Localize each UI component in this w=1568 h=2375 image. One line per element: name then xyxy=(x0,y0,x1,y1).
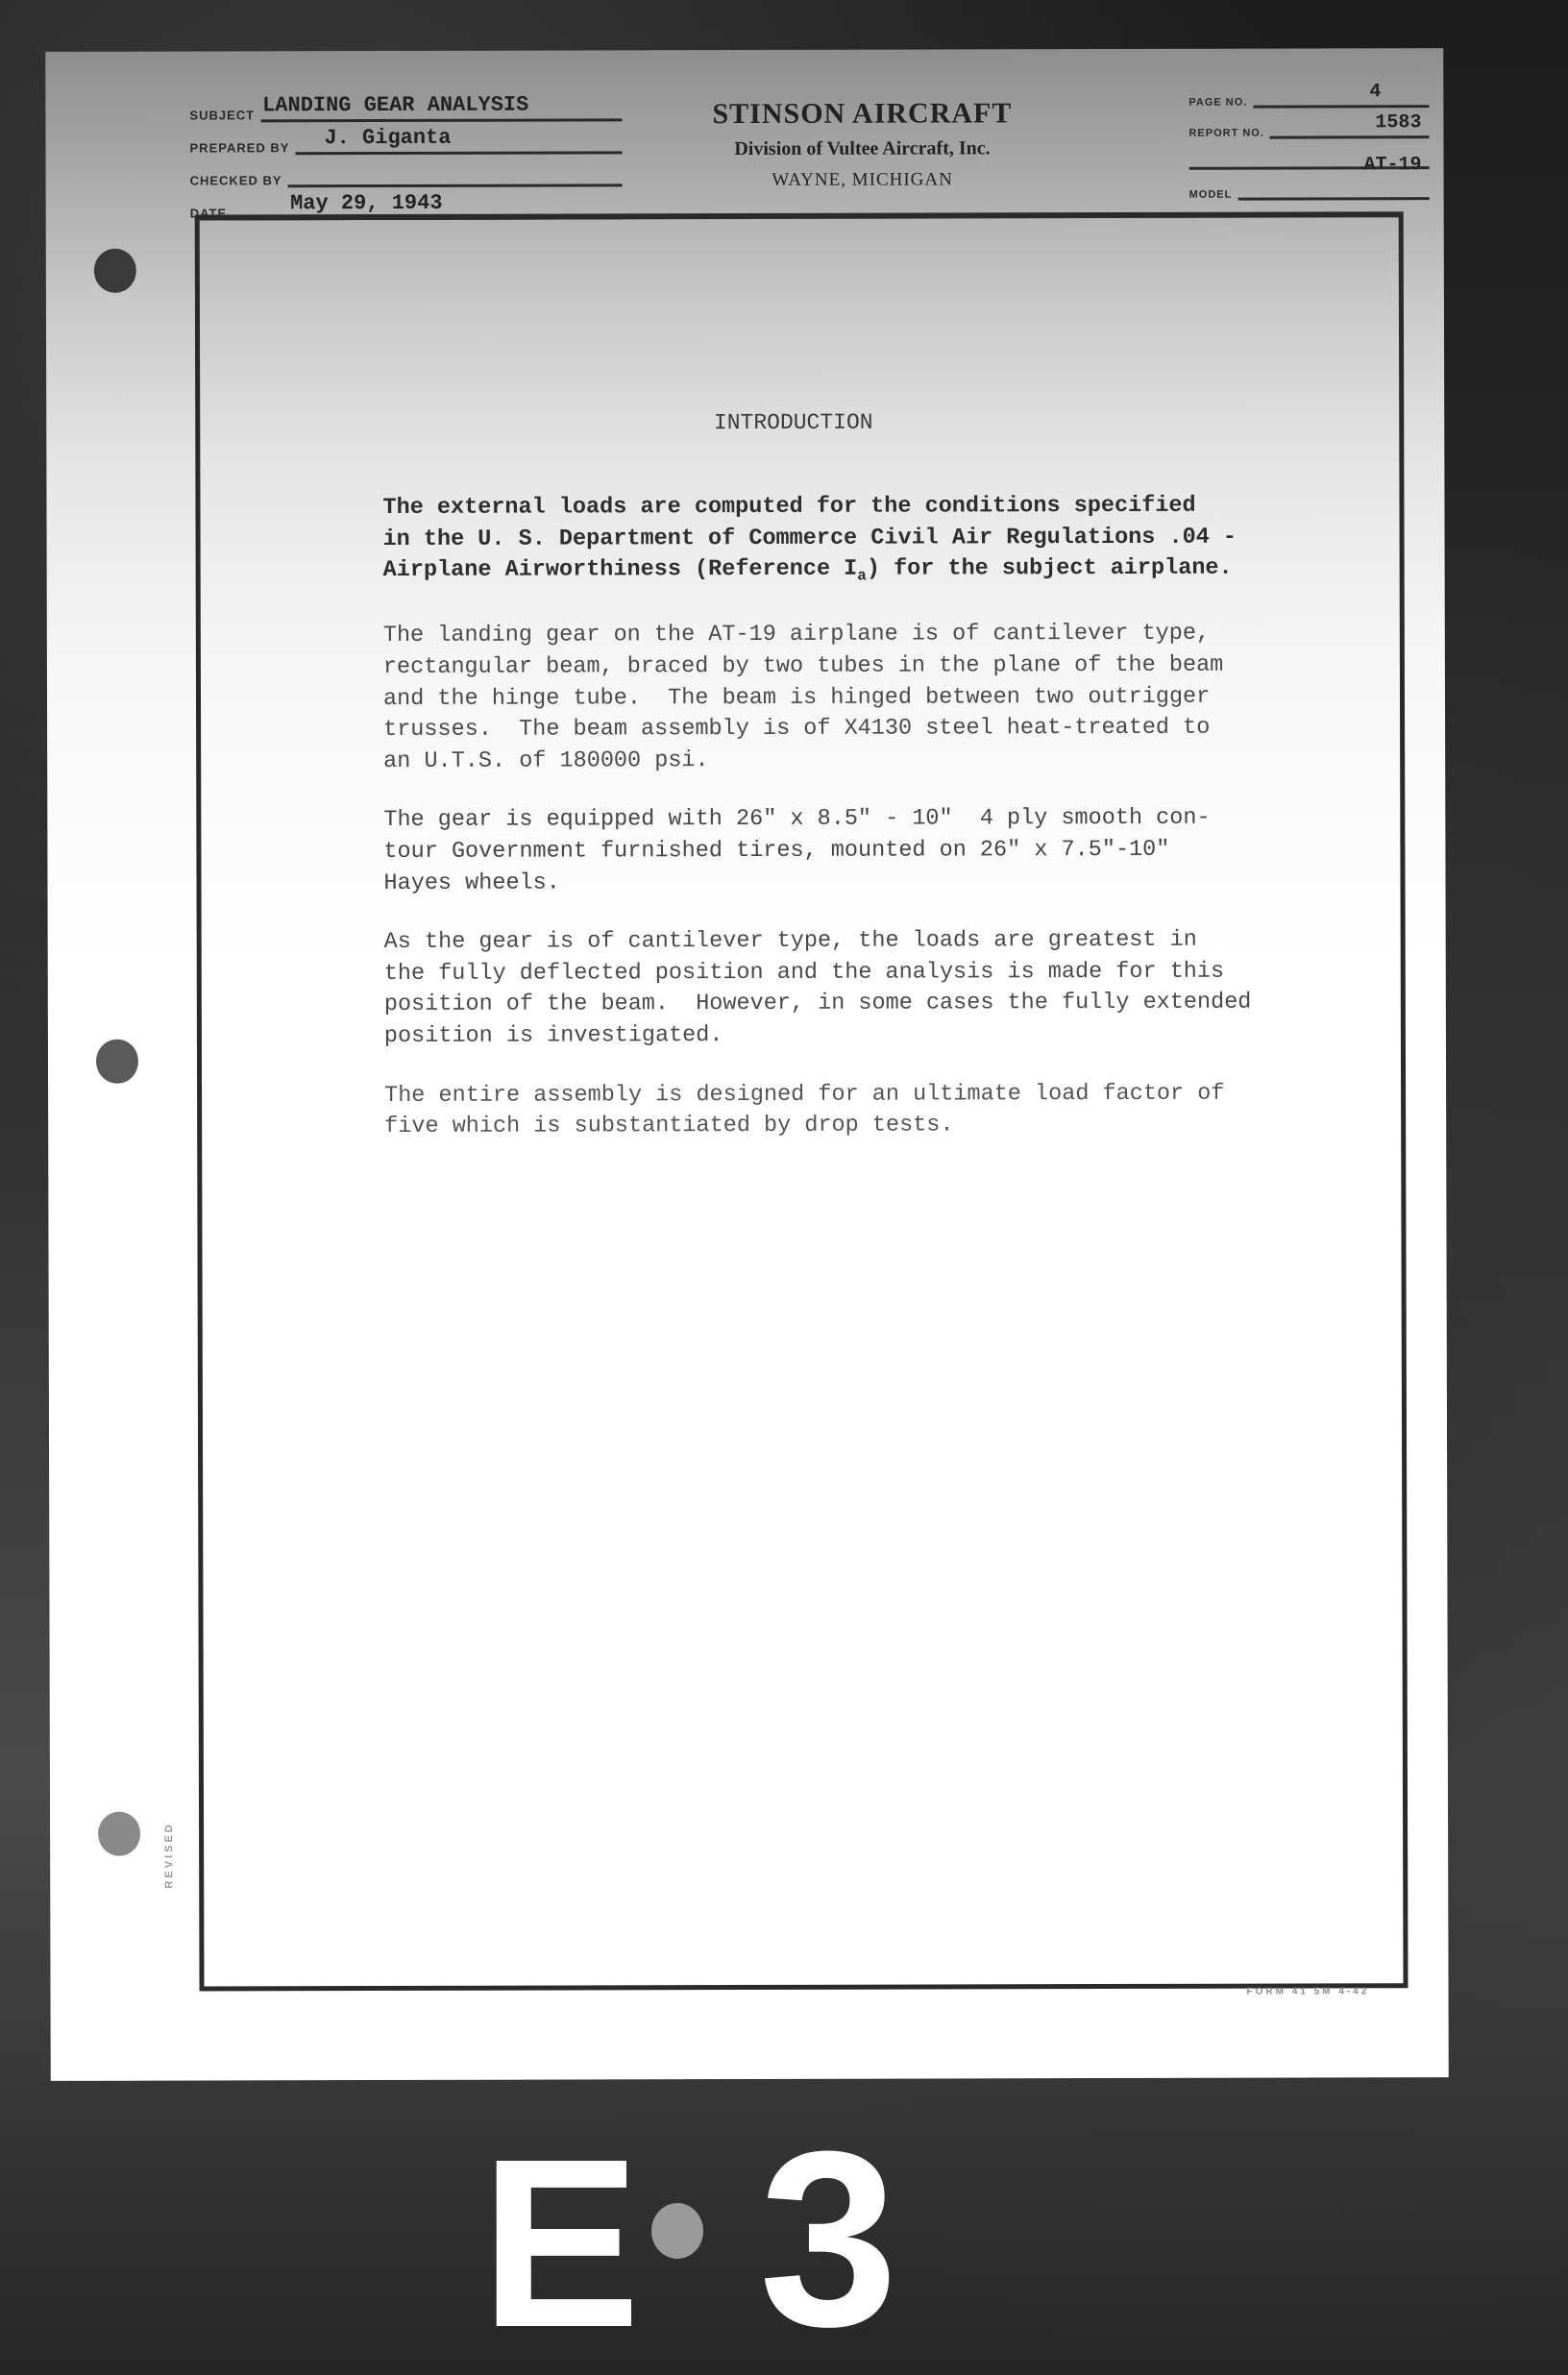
prepared-by-field: Prepared by J. Giganta xyxy=(189,121,622,155)
plate-rivet-dot xyxy=(651,2203,703,2259)
text-line: five which is substantiated by drop test… xyxy=(384,1110,1345,1143)
text-line: The gear is equipped with 26" x 8.5" - 1… xyxy=(383,803,1344,837)
revised-stamp: REVISED xyxy=(163,1822,175,1888)
text-line: and the hinge tube. The beam is hinged b… xyxy=(383,681,1344,715)
company-location: WAYNE, MICHIGAN xyxy=(661,169,1065,191)
text-line: The external loads are computed for the … xyxy=(382,490,1343,524)
subject-label: Subject xyxy=(189,108,255,122)
page-no-value: 4 xyxy=(1369,81,1381,103)
header-left-fields: Subject LANDING GEAR ANALYSIS Prepared b… xyxy=(189,88,622,220)
text-line: The entire assembly is designed for an u… xyxy=(384,1078,1345,1112)
paragraph-cantilever: As the gear is of cantilever type, the l… xyxy=(384,925,1345,1053)
punch-hole-top xyxy=(94,249,136,293)
date-value: May 29, 1943 xyxy=(290,191,443,215)
report-no-value: 1583 xyxy=(1375,111,1421,134)
section-title: INTRODUCTION xyxy=(46,408,1444,437)
text-line: rectangular beam, braced by two tubes in… xyxy=(383,649,1344,683)
text-line: Airplane Airworthiness (Reference Ia) fo… xyxy=(383,553,1344,594)
company-division: Division of Vultee Aircraft, Inc. xyxy=(660,137,1064,160)
frame-letter: E xyxy=(480,2147,594,2336)
text-line: position is investigated. xyxy=(384,1018,1345,1052)
introduction-body: The external loads are computed for the … xyxy=(382,490,1345,1170)
subscript: a xyxy=(857,568,867,585)
text-span: ) for the subject airplane. xyxy=(867,555,1233,582)
page-no-label: Page No. xyxy=(1188,97,1247,109)
paragraph-load-factor: The entire assembly is designed for an u… xyxy=(384,1078,1345,1143)
checked-by-label: Checked by xyxy=(190,173,282,187)
paragraph-tires: The gear is equipped with 26" x 8.5" - 1… xyxy=(383,803,1344,899)
checked-by-field: Checked by xyxy=(190,154,623,187)
text-line: tour Government furnished tires, mounted… xyxy=(383,834,1344,868)
punch-hole-bottom xyxy=(98,1812,140,1856)
model-field: Model AT-19 xyxy=(1189,169,1430,201)
form-number: FORM 41 5M 4-42 xyxy=(1247,1986,1370,1996)
text-line: position of the beam. However, in some c… xyxy=(384,988,1345,1021)
text-line: The landing gear on the AT-19 airplane i… xyxy=(383,619,1344,652)
prepared-by-label: Prepared by xyxy=(189,140,289,155)
text-line: trusses. The beam assembly is of X4130 s… xyxy=(383,713,1344,747)
text-span: Airplane Airworthiness (Reference I xyxy=(383,556,858,583)
report-no-field: Report No. 1583 xyxy=(1188,108,1429,139)
page-no-field: Page No. 4 xyxy=(1188,77,1429,109)
document-page: Subject LANDING GEAR ANALYSIS Prepared b… xyxy=(45,48,1449,2081)
text-line: Hayes wheels. xyxy=(383,866,1344,899)
punch-hole-middle xyxy=(96,1040,138,1084)
paragraph-landing-gear: The landing gear on the AT-19 airplane i… xyxy=(383,619,1344,778)
text-line: the fully deflected position and the ana… xyxy=(384,956,1345,990)
company-name: STINSON AIRCRAFT xyxy=(660,97,1064,131)
text-line: As the gear is of cantilever type, the l… xyxy=(384,925,1345,959)
prepared-by-value: J. Giganta xyxy=(324,126,451,150)
text-line: an U.T.S. of 180000 psi. xyxy=(383,744,1344,777)
header-right-fields: Page No. 4 Report No. 1583 Model AT-19 xyxy=(1188,77,1429,201)
model-value: AT-19 xyxy=(1364,154,1422,176)
company-letterhead: STINSON AIRCRAFT Division of Vultee Airc… xyxy=(660,97,1064,191)
text-line: in the U. S. Department of Commerce Civi… xyxy=(383,522,1344,555)
model-label: Model xyxy=(1189,189,1233,201)
paragraph-regulations: The external loads are computed for the … xyxy=(382,490,1343,593)
report-no-label: Report No. xyxy=(1188,128,1263,139)
subject-field: Subject LANDING GEAR ANALYSIS xyxy=(189,88,622,122)
frame-number: 3 xyxy=(759,2143,898,2336)
frame-id-plate: E 3 xyxy=(480,2147,884,2339)
subject-value: LANDING GEAR ANALYSIS xyxy=(262,93,528,118)
